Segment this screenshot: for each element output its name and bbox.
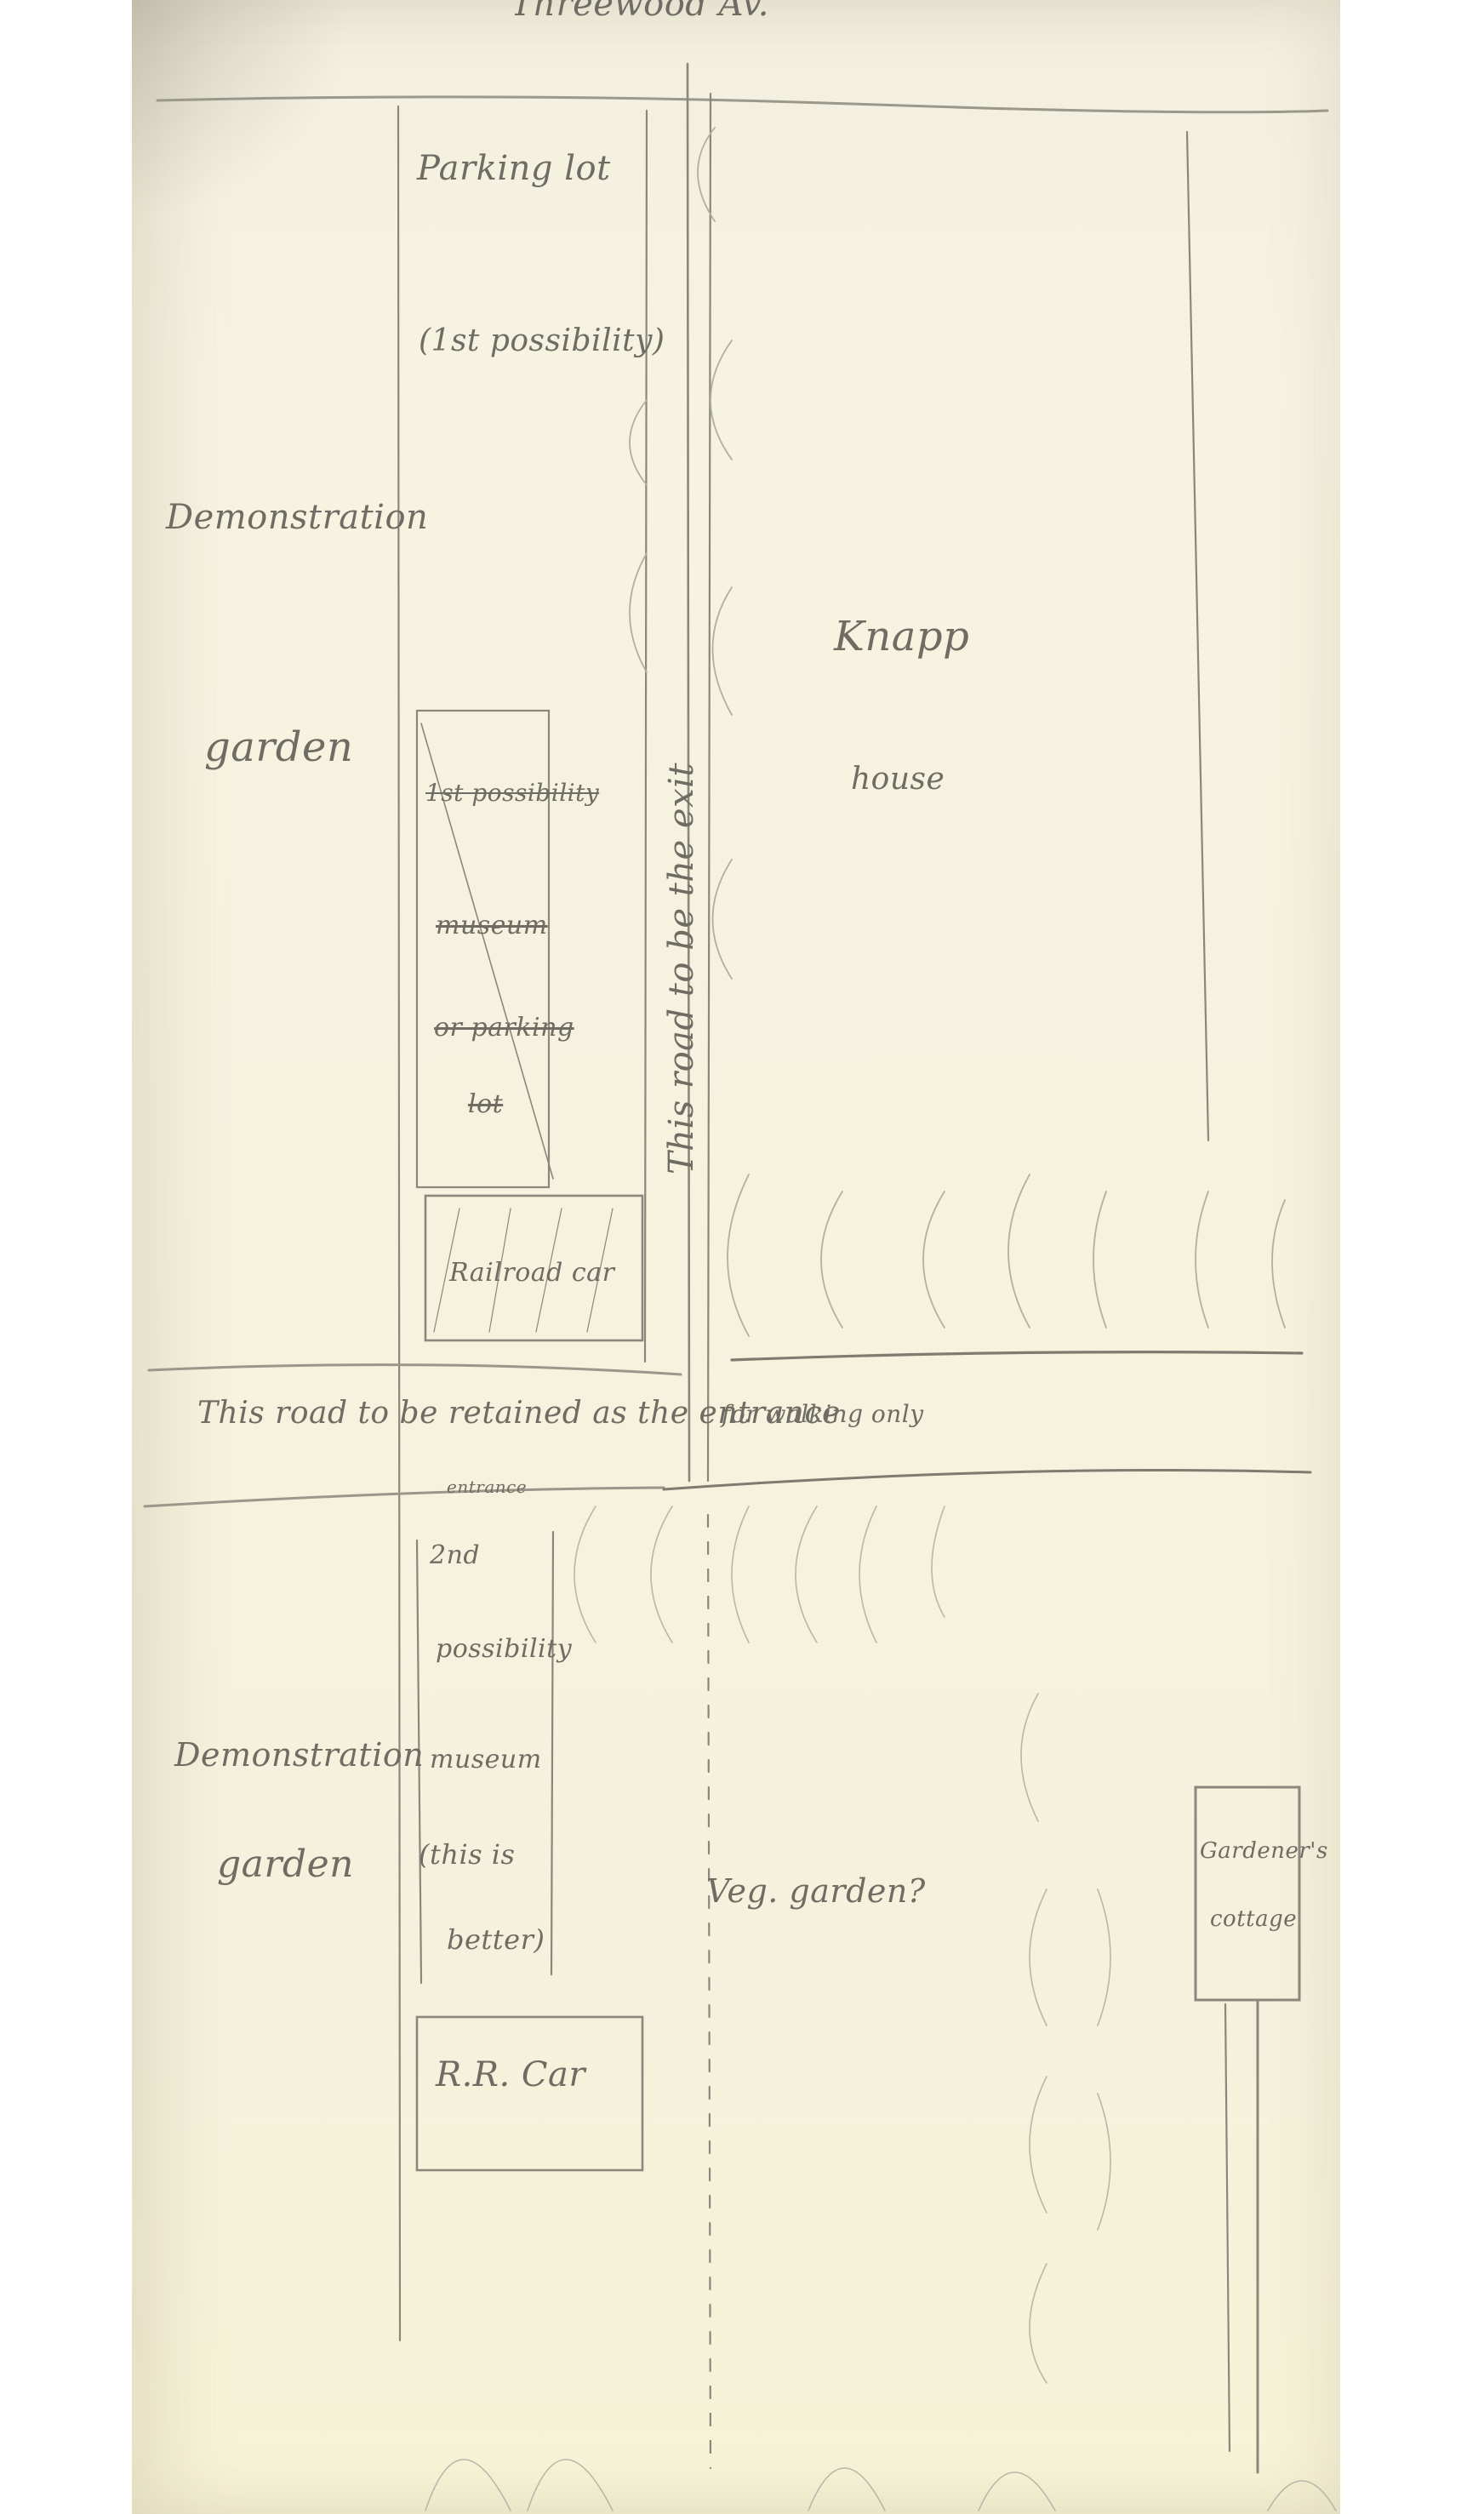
demo-garden-top-label: Demonstration [166,498,428,537]
entrance-road-top [149,1365,681,1374]
first-possibility-label: 1st possibility [425,779,599,807]
gardeners-cottage-box [1196,1787,1299,2000]
tree-row-bottom [425,2460,1336,2511]
knapp-house-label: Knapp [834,613,969,660]
top-street-label: Threewood Av. [511,0,769,24]
demo-garden-top-label-2: garden [204,723,353,771]
veg-garden-label: Veg. garden? [706,1872,926,1910]
parking-lot-note: (1st possibility) [419,323,665,358]
knapp-house-label-2: house [851,762,945,797]
walkway-top [732,1352,1302,1360]
knapp-property-right [1187,132,1208,1140]
demo-garden-bottom-label-2: garden [217,1843,354,1886]
exit-road-label: This road to be the exit [662,763,701,1174]
rr-car-label: R.R. Car [436,2055,585,2094]
second-possibility-note: (this is [419,1838,515,1871]
parking-lot-label: Parking lot [417,149,611,188]
dashed-path [708,1515,711,2468]
entrance-road-bottom [145,1488,664,1506]
demo-garden-bottom-label: Demonstration [174,1736,424,1774]
gardeners-cottage-label-2: cottage [1210,1906,1297,1932]
exit-road-text: This road to be the exit [662,763,701,1174]
parking-column-right [645,111,647,1362]
second-possibility-right [551,1532,553,1974]
second-possibility-museum: museum [430,1745,542,1774]
entrance-note: entrance [447,1477,527,1497]
walkway-bottom [664,1471,1310,1490]
walking-only-label: for walking only [722,1400,924,1428]
second-possibility-label: 2nd [430,1540,480,1570]
top-street-line [157,97,1327,112]
gardeners-cottage-label: Gardener's [1200,1838,1328,1864]
cottage-path-left [1225,2004,1230,2451]
site-plan-drawing [0,0,1484,2514]
second-possibility-text: possibility [436,1634,572,1664]
exit-road-right [708,94,711,1481]
tree-row-lower [574,1506,1110,2383]
first-possibility-lot: lot [468,1089,503,1119]
parking-column-left [398,106,400,2340]
second-possibility-better: better) [447,1923,545,1956]
railroad-car-top-label: Railroad car [449,1258,614,1288]
first-possibility-museum: museum [436,911,548,940]
first-possibility-parking: or parking [434,1013,574,1043]
tree-row-walkway [728,1174,1285,1336]
